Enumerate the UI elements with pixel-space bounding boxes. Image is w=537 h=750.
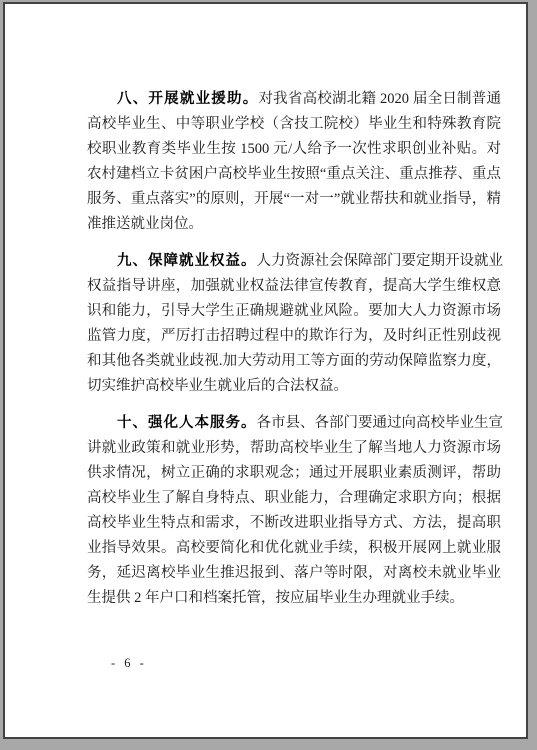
text-line: 识和能力，引导大学生正确规避就业风险。要加大人力资源市场 (87, 299, 501, 324)
text-line: 高校毕业生特点和需求，不断改进职业指导方式、方法，提高职 (87, 511, 501, 536)
paragraph-heading: 十、强化人本服务。 (117, 415, 257, 431)
text-line: 切实维护高校毕业生就业后的合法权益。 (87, 374, 501, 399)
paragraph-heading: 八、开展就业援助。 (117, 91, 258, 107)
paragraph-10: 十、强化人本服务。各市县、各部门要通过向高校毕业生宣 讲就业政策和就业形势，帮助… (87, 411, 501, 611)
text-line: 务，延迟离校毕业生推迟报到、落户等时限，对离校未就业毕业 (87, 561, 501, 586)
text-line: 十、强化人本服务。各市县、各部门要通过向高校毕业生宣 (87, 411, 501, 436)
text-line: 高校毕业生了解自身特点、职业能力，合理确定求职方向；根据 (87, 486, 501, 511)
text-run: 人力资源社会保障部门要定期开设就业 (257, 253, 504, 269)
text-line: 校职业教育类毕业生按 1500 元/人给予一次性求职创业补贴。对 (87, 137, 501, 162)
text-run: 各市县、各部门要通过向高校毕业生宣 (257, 415, 504, 431)
text-line: 讲就业政策和就业形势，帮助高校毕业生了解当地人力资源市场 (87, 436, 501, 461)
text-line: 高校毕业生、中等职业学校（含技工院校）毕业生和特殊教育院 (87, 112, 501, 137)
text-run: 对我省高校湖北籍 2020 届全日制普通 (258, 91, 501, 107)
text-line: 供求情况，树立正确的求职观念；通过开展职业素质测评，帮助 (87, 461, 501, 486)
scan-viewport: 八、开展就业援助。对我省高校湖北籍 2020 届全日制普通 高校毕业生、中等职业… (0, 0, 537, 750)
paragraph-8: 八、开展就业援助。对我省高校湖北籍 2020 届全日制普通 高校毕业生、中等职业… (87, 87, 501, 237)
text-line: 权益指导讲座，加强就业权益法律宣传教育，提高大学生维权意 (87, 274, 501, 299)
text-line: 监管力度，严厉打击招聘过程中的欺诈行为，及时纠正性别歧视 (87, 324, 501, 349)
paragraph-9: 九、保障就业权益。人力资源社会保障部门要定期开设就业 权益指导讲座，加强就业权益… (87, 249, 501, 399)
paragraph-heading: 九、保障就业权益。 (117, 253, 257, 269)
text-line: 八、开展就业援助。对我省高校湖北籍 2020 届全日制普通 (87, 87, 501, 112)
text-line: 生提供 2 年户口和档案托管，按应届毕业生办理就业手续。 (87, 586, 501, 611)
text-line: 业指导效果。高校要简化和优化就业手续，积极开展网上就业服 (87, 536, 501, 561)
document-body: 八、开展就业援助。对我省高校湖北籍 2020 届全日制普通 高校毕业生、中等职业… (87, 87, 501, 623)
text-line: 九、保障就业权益。人力资源社会保障部门要定期开设就业 (87, 249, 501, 274)
page-number: - 6 - (111, 656, 147, 671)
text-line: 准推送就业岗位。 (87, 212, 501, 237)
text-line: 农村建档立卡贫困户高校毕业生按照“重点关注、重点推荐、重点 (87, 162, 501, 187)
text-line: 服务、重点落实”的原则，开展“一对一”就业帮扶和就业指导，精 (87, 187, 501, 212)
text-line: 和其他各类就业歧视.加大劳动用工等方面的劳动保障监察力度， (87, 349, 501, 374)
document-page: 八、开展就业援助。对我省高校湖北籍 2020 届全日制普通 高校毕业生、中等职业… (3, 2, 528, 739)
